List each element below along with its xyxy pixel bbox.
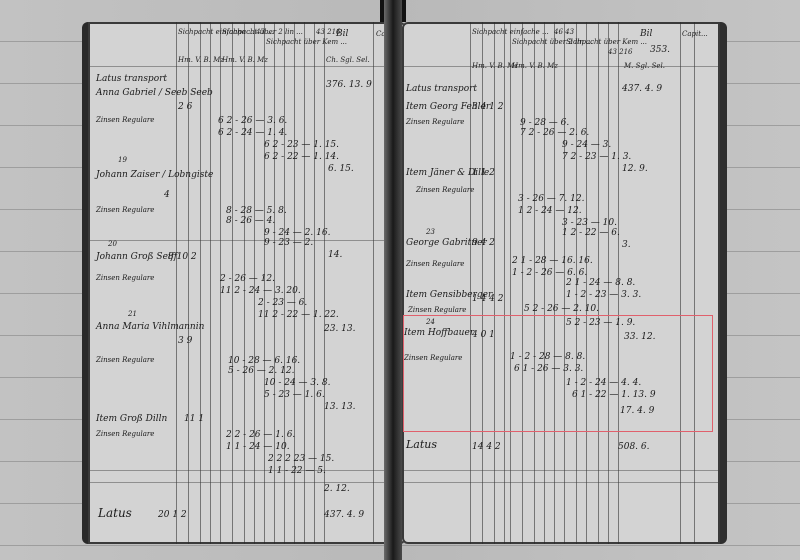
entry-line: 9 - 23 — 2. [264,238,313,248]
page-number: 353. [650,46,670,54]
footer-latus-label: Latus [98,506,132,520]
carry-over-total: 376. 13. 9 [326,80,372,90]
entry-label: Zinsen Regulare [416,186,474,194]
entry-line: 3 - 26 — 7. 12. [518,194,584,204]
entry-line: 1 - 2 - 23 — 3. 3. [566,290,641,300]
footer-total: 508. 6. [618,442,650,452]
book-spine [384,0,402,560]
carry-over-label: Latus transport [96,74,167,84]
entry-line: 1 2 - 24 — 12. [518,206,582,216]
entry-label: Zinsen Regulare [96,274,154,282]
header-col-4: Sichpacht über Kem ... [266,38,347,46]
entry-line: 5 - 23 — 1. 6. [264,390,325,400]
entry-line: 9 - 24 — 3. [562,140,611,150]
entry-line: 1 - 2 - 26 — 6. 6. [512,268,587,278]
entry-line: 10 - 28 — 6. 16. [228,356,300,366]
footer-total: 437. 4. 9 [324,510,364,520]
entry-number: 23 [426,228,435,236]
entry-name: Johann Groß Seiff [96,252,177,262]
carry-over-total: 437. 4. 9 [622,84,662,94]
subheader-col-2: Hm. V. B. Mz [222,56,268,64]
entry-label: Zinsen Regulare [408,306,466,314]
entry-line: 11 2 - 22 — 1. 22. [258,310,339,320]
footer-area: 14 4 2 [472,442,501,452]
carry-over-label: Latus transport [406,84,477,94]
entry-name: Anna Gabriel / Seeb Seeb [96,88,213,98]
entry-area: 3 9 [178,336,192,346]
entry-subtotal: 13. 13. [324,402,356,412]
header-col-4: Sichpacht über Kem ... [566,38,647,46]
entry-number: 19 [118,156,127,164]
header-bil: Bil [640,30,652,38]
header-col-1: Sichpacht einfache ... [472,28,549,36]
entry-label: Zinsen Regulare [96,356,154,364]
entry-area: 3 4 1 2 [472,102,504,112]
entry-line: 6 2 - 22 — 1. 14. [264,152,339,162]
entry-line: 2 1 - 28 — 16. 16. [512,256,593,266]
entry-area: 4 [164,190,170,200]
entry-line: 8 - 26 — 4. [226,216,275,226]
entry-line: 2 2 2 23 — 15. [268,454,334,464]
subheader-col-1: Hm. V. B. Mz [178,56,224,64]
entry-subtotal: 23. 13. [324,324,356,334]
entry-line: 2 1 - 24 — 8. 8. [566,278,635,288]
entry-subtotal: 12. 9. [622,164,648,174]
entry-line: 2 - 26 — 12. [220,274,275,284]
subheader-bil: M. Sgl. Sel. [624,62,665,70]
entry-area: 8 10 2 [168,252,197,262]
entry-line: 8 - 28 — 5. 8. [226,206,287,216]
entry-number: 21 [128,310,137,318]
entry-line: 5 - 26 — 2. 12. [228,366,294,376]
header-col-3: 43 ... [256,28,274,36]
entry-name: Item Groß Dilln [96,414,167,424]
subheader-col-2: Hm. V. B. Mz [512,62,558,70]
entry-label: Zinsen Regulare [96,430,154,438]
entry-area: 2 6 [178,102,192,112]
left-page: Sichpacht einfache ... Sichpacht über 2 … [82,22,406,544]
entry-label: Zinsen Regulare [96,116,154,124]
entry-line: 5 2 - 26 — 2. 10. [524,304,599,314]
entry-line: 2 - 23 — 6. [258,298,307,308]
header-col-5: 43 216 [608,48,633,56]
entry-line: 11 2 - 24 — 3. 20. [220,286,301,296]
entry-subtotal: 6. 15. [328,164,354,174]
entry-label: Zinsen Regulare [96,206,154,214]
entry-area: 9 4 2 [472,238,495,248]
highlight-box-entry-24 [403,315,713,432]
header-col-3: 46 43 [554,28,574,36]
footer-latus-label: Latus [406,438,437,451]
subheader-bil: Ch. Sgl. Sel. [326,56,370,64]
entry-line: 2 2 - 26 — 1. 6. [226,430,295,440]
entry-line: 7 2 - 26 — 2. 6. [520,128,589,138]
entry-line: 6 2 - 23 — 1. 15. [264,140,339,150]
entry-subtotal: 3. [622,240,631,250]
entry-area: 11 1 [184,414,204,424]
entry-line: 6 2 - 26 — 3. 6. [218,116,287,126]
entry-line: 9 - 24 — 2. 16. [264,228,330,238]
footer-area: 20 1 2 [158,510,187,520]
entry-line: 1 1 - 22 — 5. [268,466,326,476]
entry-line: 9 - 28 — 6. [520,118,569,128]
entry-line: 3 - 23 — 10. [562,218,617,228]
entry-name: Johann Zaiser / Lobngiste [96,170,213,180]
entry-name: Anna Maria Vihlmannin [96,322,204,332]
entry-number: 20 [108,240,117,248]
entry-subtotal: 2. 12. [324,484,350,494]
entry-subtotal: 14. [328,250,342,260]
entry-area: 1 4 4 2 [472,294,504,304]
entry-label: Zinsen Regulare [406,118,464,126]
header-bil: Bil [336,30,348,38]
entry-line: 1 2 - 22 — 6. [562,228,620,238]
entry-line: 1 1 - 24 — 10. [226,442,290,452]
right-page: Sichpacht einfache ... Sichpacht über 2 … [402,22,727,544]
entry-line: 10 - 24 — 3. 8. [264,378,330,388]
header-capital: Capit... [682,30,708,38]
entry-line: 7 2 - 23 — 1. 3. [562,152,631,162]
entry-line: 6 2 - 24 — 1. 4. [218,128,287,138]
entry-area: 1 1 2 [472,168,495,178]
entry-label: Zinsen Regulare [406,260,464,268]
